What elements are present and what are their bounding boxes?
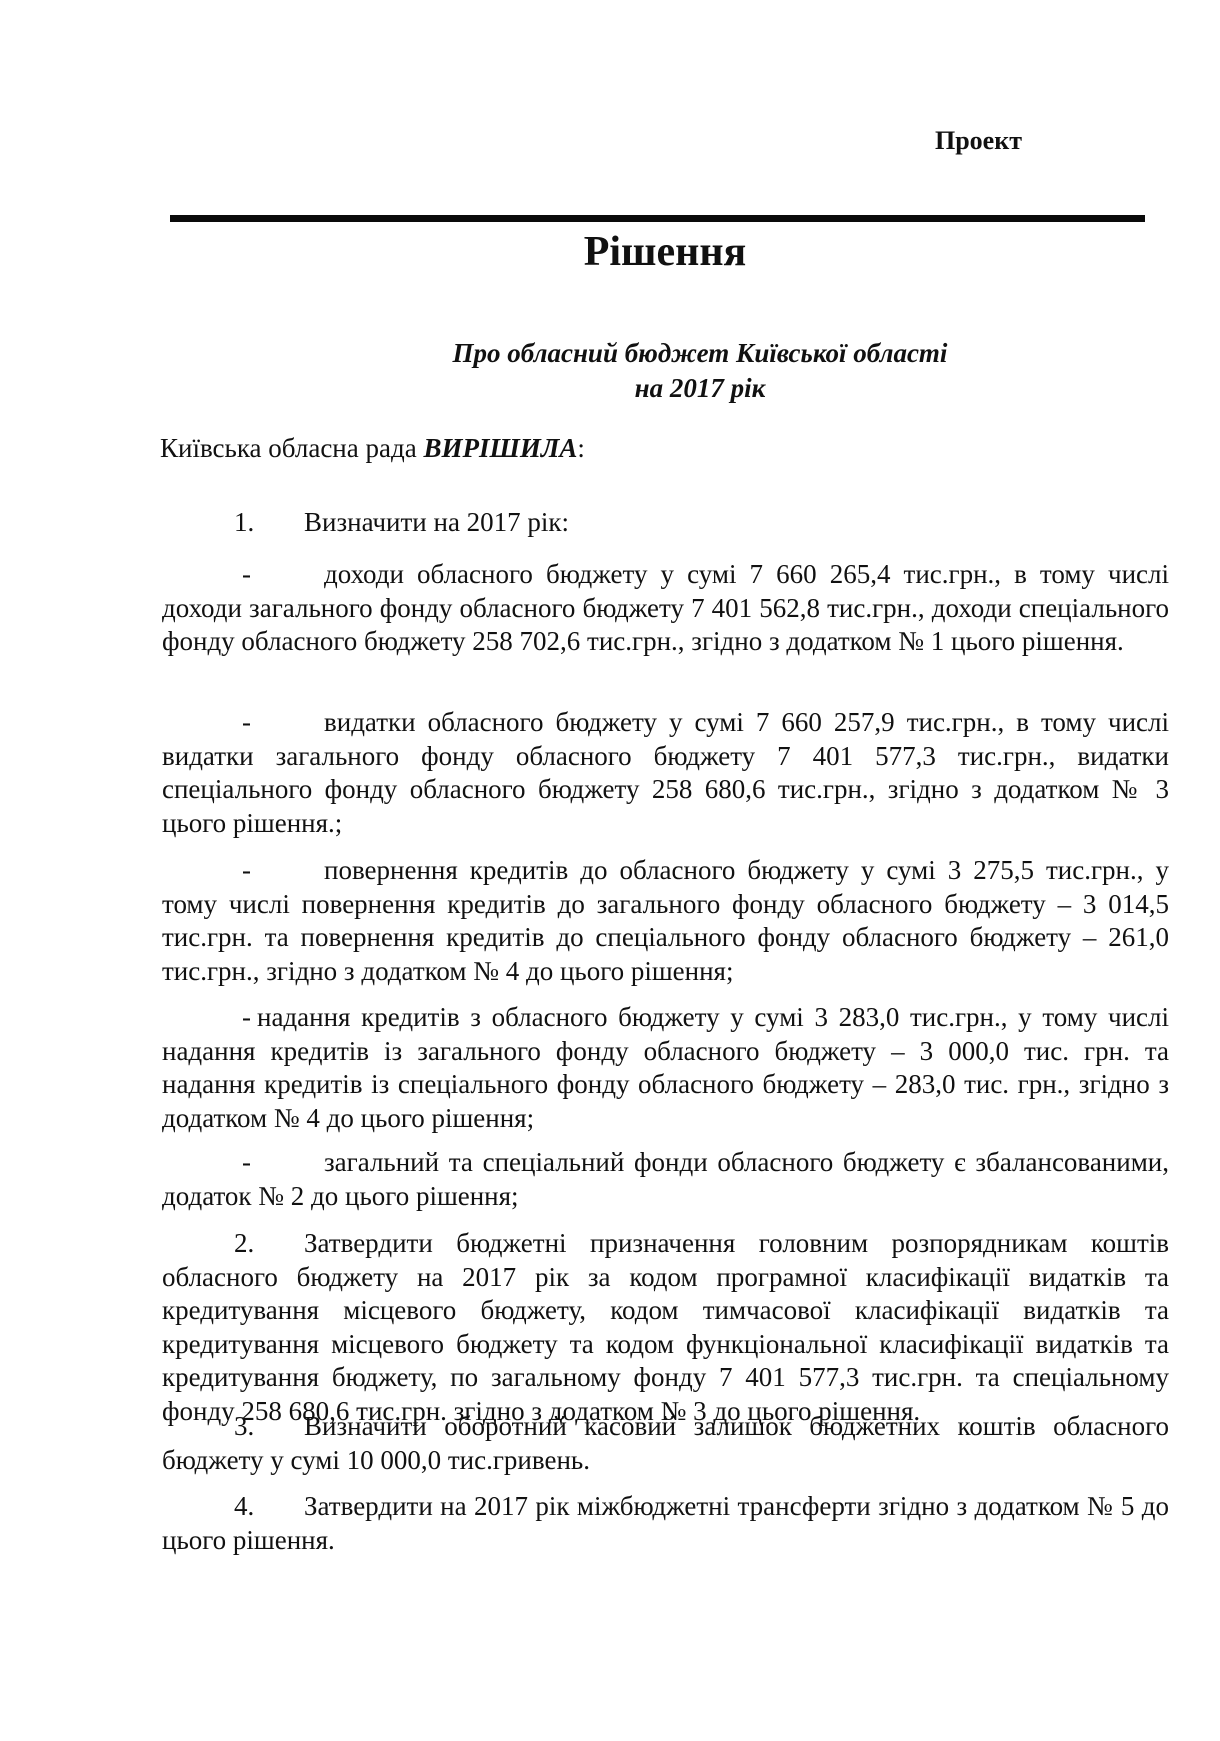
subject-line-1: Про обласний бюджет Київської області [180, 336, 1220, 371]
list-dash: - [162, 854, 324, 888]
header-rule [170, 215, 1145, 222]
item-heading-text: Визначити на 2017 рік: [304, 507, 569, 537]
item-1-heading: 1.Визначити на 2017 рік: [234, 507, 569, 538]
list-dash: - [162, 1146, 324, 1180]
subitem-text: надання кредитів з обласного бюджету у с… [162, 1002, 1169, 1133]
item-4: 4.Затвердити на 2017 рік міжбюджетні тра… [162, 1490, 1169, 1557]
preamble: Київська обласна рада ВИРІШИЛА: [160, 433, 585, 464]
subitem-revenues: -доходи обласного бюджету у сумі 7 660 2… [162, 558, 1169, 659]
draft-status-label: Проект [935, 126, 1022, 156]
subitem-loan-repayment: -повернення кредитів до обласного бюджет… [162, 854, 1169, 988]
item-number: 4. [162, 1490, 304, 1524]
subitem-loan-provision: -надання кредитів з обласного бюджету у … [162, 1001, 1169, 1135]
document-subject: Про обласний бюджет Київської області на… [0, 336, 1220, 406]
item-number: 1. [234, 507, 304, 538]
subitem-balanced-funds: -загальний та спеціальний фонди обласног… [162, 1146, 1169, 1213]
item-text: Затвердити бюджетні призначення головним… [162, 1228, 1169, 1426]
document-title: Рішення [0, 228, 1220, 276]
list-dash: - [162, 558, 324, 592]
item-number: 2. [162, 1227, 304, 1261]
list-dash: - [162, 706, 324, 740]
item-text: Затвердити на 2017 рік міжбюджетні транс… [162, 1491, 1169, 1555]
preamble-colon: : [577, 433, 585, 463]
item-text: Визначити оборотний касовий залишок бюдж… [162, 1411, 1169, 1475]
decided-keyword: ВИРІШИЛА [423, 433, 577, 463]
subject-line-2: на 2017 рік [180, 371, 1220, 406]
subitem-expenditures: -видатки обласного бюджету у сумі 7 660 … [162, 706, 1169, 840]
item-3: 3.Визначити оборотний касовий залишок бю… [162, 1410, 1169, 1477]
list-dash: - [162, 1001, 251, 1035]
council-name: Київська обласна рада [160, 433, 417, 463]
item-2: 2.Затвердити бюджетні призначення головн… [162, 1227, 1169, 1428]
item-number: 3. [162, 1410, 304, 1444]
document-page: Проект Рішення Про обласний бюджет Київс… [0, 0, 1220, 1741]
